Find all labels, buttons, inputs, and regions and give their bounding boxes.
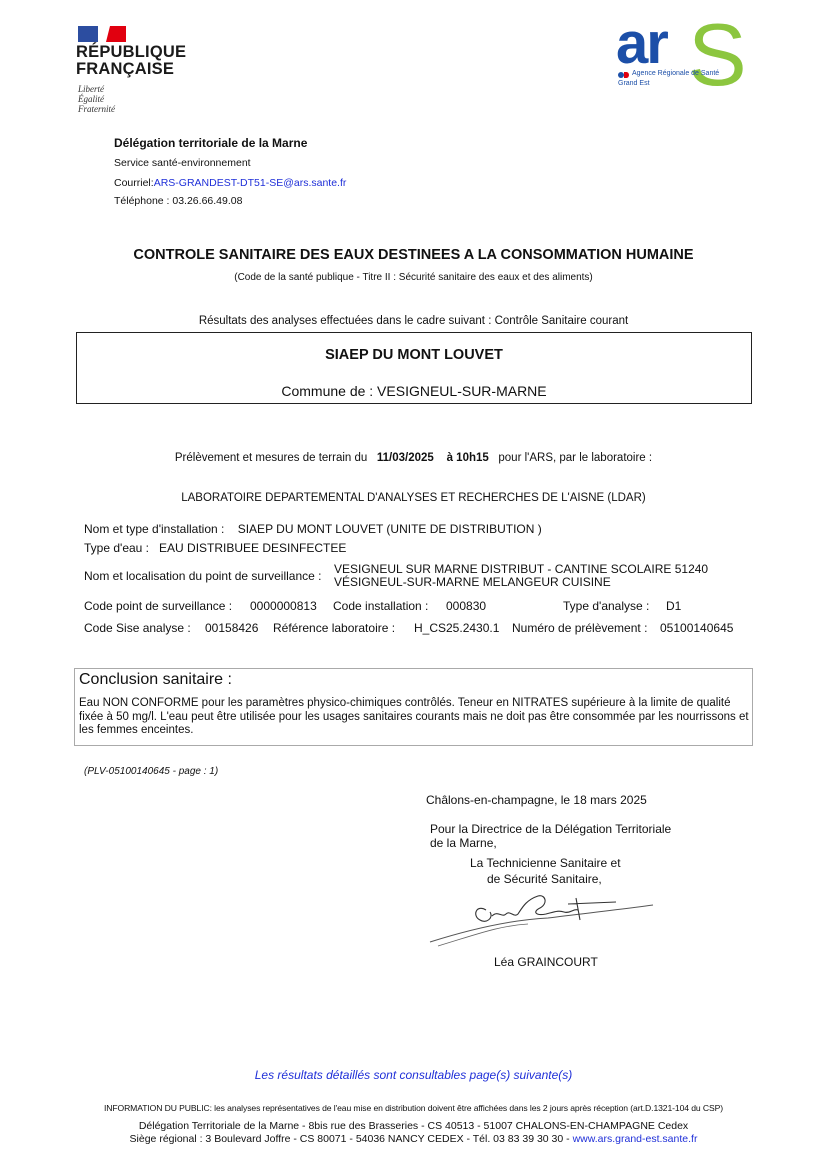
sise-label: Code Sise analyse : bbox=[84, 621, 191, 635]
page-reference: (PLV-05100140645 - page : 1) bbox=[84, 766, 218, 777]
sampling-suffix: pour l'ARS, par le laboratoire : bbox=[498, 452, 652, 464]
ars-logo-ar: ar bbox=[616, 10, 667, 77]
delegation-title: Délégation territoriale de la Marne bbox=[114, 136, 307, 150]
motto-fraternite: Fraternité bbox=[78, 104, 115, 114]
installation-value: SIAEP DU MONT LOUVET (UNITE DE DISTRIBUT… bbox=[238, 522, 542, 536]
sampling-line: Prélèvement et mesures de terrain du 11/… bbox=[0, 452, 827, 464]
handwritten-signature-icon bbox=[428, 890, 658, 950]
sample-number-value: 05100140645 bbox=[660, 621, 733, 635]
sampling-prefix: Prélèvement et mesures de terrain du bbox=[175, 452, 367, 464]
ars-subtitle: Agence Régionale de Santé bbox=[632, 70, 719, 77]
sampling-time: à 10h15 bbox=[447, 452, 489, 464]
motto-egalite: Égalité bbox=[78, 94, 115, 104]
rf-logo-name: RÉPUBLIQUE FRANÇAISE bbox=[76, 44, 186, 78]
sampling-date: 11/03/2025 bbox=[377, 452, 434, 464]
rf-line2: FRANÇAISE bbox=[76, 61, 186, 78]
lab-ref-value: H_CS25.2430.1 bbox=[414, 621, 499, 635]
lab-ref-label: Référence laboratoire : bbox=[273, 621, 395, 635]
install-code-value: 000830 bbox=[446, 599, 486, 613]
place-date: Châlons-en-champagne, le 18 mars 2025 bbox=[426, 793, 647, 807]
ars-logo-s: S bbox=[688, 4, 747, 106]
rf-line1: RÉPUBLIQUE bbox=[76, 44, 186, 61]
document-subtitle: (Code de la santé publique - Titre II : … bbox=[0, 272, 827, 283]
analysis-type-label: Type d'analyse : bbox=[563, 599, 649, 613]
surveillance-point-value-1: VESIGNEUL SUR MARNE DISTRIBUT - CANTINE … bbox=[334, 563, 708, 575]
installation-row: Nom et type d'installation : SIAEP DU MO… bbox=[84, 522, 542, 536]
footer-address-2-text: Siège régional : 3 Boulevard Joffre - CS… bbox=[130, 1133, 573, 1145]
republique-francaise-logo: RÉPUBLIQUE FRANÇAISE Liberté Égalité Fra… bbox=[76, 24, 206, 120]
for-line-2: de la Marne, bbox=[430, 836, 497, 850]
email-label: Courriel: bbox=[114, 177, 154, 189]
ars-logo: ar S Agence Régionale de Santé Grand Est bbox=[612, 26, 752, 106]
site-box: SIAEP DU MONT LOUVET Commune de : VESIGN… bbox=[76, 332, 752, 404]
install-code-label: Code installation : bbox=[333, 599, 428, 613]
role-line-2: de Sécurité Sanitaire, bbox=[487, 872, 602, 886]
phone-line: Téléphone : 03.26.66.49.08 bbox=[114, 195, 242, 207]
conclusion-title: Conclusion sanitaire : bbox=[79, 671, 232, 689]
analysis-context: Résultats des analyses effectuées dans l… bbox=[0, 315, 827, 327]
footer-address-1: Délégation Territoriale de la Marne - 8b… bbox=[0, 1120, 827, 1132]
ars-region: Grand Est bbox=[618, 80, 650, 87]
document-title: CONTROLE SANITAIRE DES EAUX DESTINEES A … bbox=[0, 247, 827, 263]
analysis-type-value: D1 bbox=[666, 599, 681, 613]
point-code-label: Code point de surveillance : bbox=[84, 599, 232, 613]
motto-liberte: Liberté bbox=[78, 84, 115, 94]
water-type-value: EAU DISTRIBUEE DESINFECTEE bbox=[159, 541, 346, 555]
water-type-label: Type d'eau : bbox=[84, 541, 149, 555]
detailed-results-note: Les résultats détaillés sont consultable… bbox=[0, 1068, 827, 1082]
service-name: Service santé-environnement bbox=[114, 157, 251, 169]
footer-address-2: Siège régional : 3 Boulevard Joffre - CS… bbox=[0, 1133, 827, 1145]
email-line: Courriel:ARS-GRANDEST-DT51-SE@ars.sante.… bbox=[114, 177, 346, 189]
surveillance-point-label: Nom et localisation du point de surveill… bbox=[84, 569, 321, 583]
sise-value: 00158426 bbox=[205, 621, 258, 635]
conclusion-box: Conclusion sanitaire : Eau NON CONFORME … bbox=[74, 668, 753, 746]
rf-motto: Liberté Égalité Fraternité bbox=[78, 84, 115, 114]
site-name: SIAEP DU MONT LOUVET bbox=[77, 347, 751, 363]
water-type-row: Type d'eau : EAU DISTRIBUEE DESINFECTEE bbox=[84, 541, 346, 555]
commune: Commune de : VESIGNEUL-SUR-MARNE bbox=[77, 383, 751, 399]
installation-label: Nom et type d'installation : bbox=[84, 522, 224, 536]
sample-number-label: Numéro de prélèvement : bbox=[512, 621, 647, 635]
surveillance-point-value-2: VÉSIGNEUL-SUR-MARNE MELANGEUR CUISINE bbox=[334, 576, 611, 588]
email-link[interactable]: ARS-GRANDEST-DT51-SE@ars.sante.fr bbox=[154, 177, 347, 189]
conclusion-text: Eau NON CONFORME pour les paramètres phy… bbox=[79, 697, 751, 738]
public-information: INFORMATION DU PUBLIC: les analyses repr… bbox=[0, 1103, 827, 1113]
website-link[interactable]: www.ars.grand-est.sante.fr bbox=[573, 1133, 698, 1145]
point-code-value: 0000000813 bbox=[250, 599, 317, 613]
laboratory-name: LABORATOIRE DEPARTEMENTAL D'ANALYSES ET … bbox=[0, 492, 827, 504]
signatory-name: Léa GRAINCOURT bbox=[494, 955, 598, 969]
role-line-1: La Technicienne Sanitaire et bbox=[470, 856, 621, 870]
ars-dots-icon bbox=[618, 72, 630, 78]
marianne-flag-icon bbox=[76, 26, 126, 42]
for-line-1: Pour la Directrice de la Délégation Terr… bbox=[430, 822, 671, 836]
